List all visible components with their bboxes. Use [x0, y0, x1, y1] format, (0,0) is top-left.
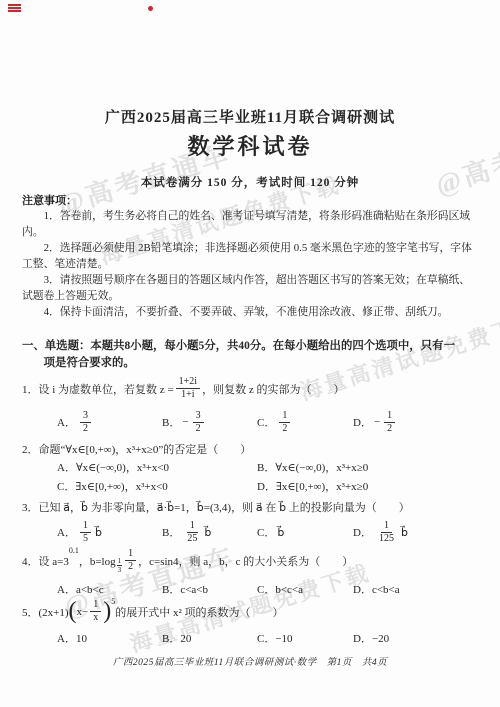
question-2-stem: 2．命题“∀x∈[0,+∞)，x³+x≥0”的否定是（ ） — [22, 441, 478, 457]
option-d: D．c<b<a — [353, 581, 400, 597]
option-label: D． — [353, 414, 372, 430]
notice-item: 2．选择题必须使用 2B铅笔填涂；非选择题必须使用 0.5 毫米黑色字迹的签字笔… — [22, 240, 478, 272]
exponent: 5 — [111, 597, 115, 606]
option-b: B．20 — [162, 630, 191, 646]
option-a: A． 15 b⃗ — [57, 518, 102, 546]
option-label: A． — [57, 524, 76, 540]
vector-b: b⃗ — [401, 526, 408, 539]
question-1-stem: 1．设 i 为虚数单位，若复数 z = 1+2i 1+i ，则复数 z 的实部为… — [22, 376, 478, 401]
option-b: B． − 32 — [162, 408, 206, 436]
option-label: D． — [353, 524, 372, 540]
question-1-options: A． 32 B． − 32 C． 12 D． − 12 — [22, 408, 478, 436]
option-label: C． — [257, 414, 275, 430]
red-seal-icon — [8, 4, 21, 15]
q5-inner: x− — [77, 606, 89, 618]
option-label: C． — [257, 524, 275, 540]
fraction: 32 — [193, 410, 204, 435]
fraction-denominator: 1+i — [178, 389, 197, 401]
page-title: 广西2025届高三毕业班11月联合调研测试 — [22, 106, 478, 127]
option-c: C．−10 — [257, 630, 293, 646]
notice-item: 1．答卷前，考生务必将自己的姓名、准考证号填写清楚，将条形码准确粘贴在条形码区域… — [22, 208, 478, 240]
section-heading-line2: 项是符合要求的。 — [22, 355, 478, 372]
option-label: A． — [57, 414, 76, 430]
option-d: D． − 12 — [353, 408, 397, 436]
fraction: 12 — [384, 410, 395, 435]
option-a: A． 32 — [57, 408, 93, 436]
fraction-numerator: 1+2i — [176, 376, 200, 389]
fraction: 125 — [184, 520, 200, 545]
minus-sign: − — [374, 416, 380, 428]
q5-stem-p1: 5．(2x+1) — [22, 604, 69, 620]
question-2-options-row1: A．∀x∈(−∞,0)，x³+x<0 B．∀x∈(−∞,0)，x³+x≥0 — [22, 459, 478, 475]
big-paren-open: ( — [69, 599, 77, 623]
option-a: A．10 — [57, 630, 87, 646]
q4-stem-p1: 4．设 a=3 — [22, 553, 69, 569]
notice-block: 注意事项： 1．答卷前，考生务必将自己的姓名、准考证号填写清楚，将条形码准确粘贴… — [22, 192, 478, 320]
question-2-options-row2: C．∃x∈[0,+∞)，x³+x<0 D．∃x∈[0,+∞)，x³+x≥0 — [22, 478, 478, 494]
fraction: 1 x — [90, 599, 101, 624]
fraction: 12 — [279, 410, 290, 435]
option-label: B． — [162, 524, 180, 540]
big-paren-close: ) — [103, 599, 111, 623]
option-c: C． 12 — [257, 408, 292, 436]
section-heading: 一、单选题：本题共8小题，每小题5分，共40分。在每小题给出的四个选项中，只有一… — [22, 338, 478, 372]
option-d: D．∃x∈[0,+∞)，x³+x≥0 — [257, 478, 368, 494]
q4-stem-p3: ，c=sin4，则 a，b，c 的大小关系为（ ） — [138, 553, 353, 569]
question-3-stem: 3．已知 a⃗，b⃗ 为非零向量，a⃗·b⃗=1，b⃗=(3,4)，则 a⃗ 在… — [22, 499, 478, 515]
fraction: 15 — [80, 520, 91, 545]
notice-heading: 注意事项： — [22, 192, 478, 208]
q1-stem-suffix: ，则复数 z 的实部为（ ） — [202, 381, 344, 397]
q4-stem-p2: ，b=log — [79, 553, 116, 569]
option-a: A．∀x∈(−∞,0)，x³+x<0 — [57, 459, 169, 475]
notice-item: 3．请按照题号顺序在各题目的答题区域内作答，超出答题区书写的答案无效；在草稿纸、… — [22, 272, 478, 304]
q1-stem-prefix: 1．设 i 为虚数单位，若复数 z = — [22, 381, 174, 397]
option-d: D．−20 — [353, 630, 389, 646]
option-a: A．a<b<c — [57, 581, 104, 597]
page-footer: 广西2025届高三毕业班11月联合调研测试·数学 第1页 共4页 — [22, 654, 478, 668]
log-base-fraction: 1 3 — [117, 557, 123, 574]
minus-sign: − — [182, 416, 188, 428]
fraction: 32 — [80, 410, 91, 435]
vector-b: b⃗ — [95, 526, 102, 539]
exam-paper-page: @高考直通车 海量高清试题免费下载 @高考直通车 海量高清试题免费下载 @高考直… — [0, 0, 500, 707]
exponent: 0.1 — [69, 546, 79, 555]
question-5-options: A．10 B．20 C．−10 D．−20 — [22, 630, 478, 646]
question-5-stem: 5．(2x+1) ( x− 1 x ) 5 的展开式中 x² 项的系数为（ ） — [22, 599, 478, 624]
exam-subtitle: 数学科试卷 — [22, 130, 478, 161]
exam-info: 本试卷满分 150 分，考试时间 120 分钟 — [22, 174, 478, 190]
question-3-options: A． 15 b⃗ B． 125 b⃗ C． b⃗ D． 1125 b⃗ — [22, 518, 478, 546]
vector-b: b⃗ — [204, 526, 211, 539]
option-b: B． 125 b⃗ — [162, 518, 211, 546]
option-b: B．∀x∈(−∞,0)，x³+x≥0 — [257, 459, 368, 475]
vector-b: b⃗ — [277, 526, 284, 539]
question-4-options: A．a<b<c B．c<a<b C．b<c<a D．c<b<a — [22, 581, 478, 597]
option-b: B．c<a<b — [162, 581, 208, 597]
red-dot-icon — [148, 6, 153, 11]
option-c: C．∃x∈[0,+∞)，x³+x<0 — [57, 478, 168, 494]
section-heading-line1: 一、单选题：本题共8小题，每小题5分，共40分。在每小题给出的四个选项中，只有一 — [22, 338, 478, 355]
q5-stem-suffix: 的展开式中 x² 项的系数为（ ） — [115, 604, 283, 620]
option-d: D． 1125 b⃗ — [353, 518, 408, 546]
option-label: B． — [162, 414, 180, 430]
fraction: 1 2 — [125, 548, 136, 573]
option-c: C． b⃗ — [257, 518, 284, 546]
fraction: 1125 — [376, 520, 397, 545]
option-c: C．b<c<a — [257, 581, 303, 597]
notice-item: 4．保持卡面清洁，不要折叠、不要弄破、弄皱，不准使用涂改液、修正带、刮纸刀。 — [22, 304, 478, 320]
fraction: 1+2i 1+i — [176, 376, 200, 401]
question-4-stem: 4．设 a=3 0.1 ，b=log 1 3 1 2 ，c=sin4，则 a，b… — [22, 548, 478, 573]
